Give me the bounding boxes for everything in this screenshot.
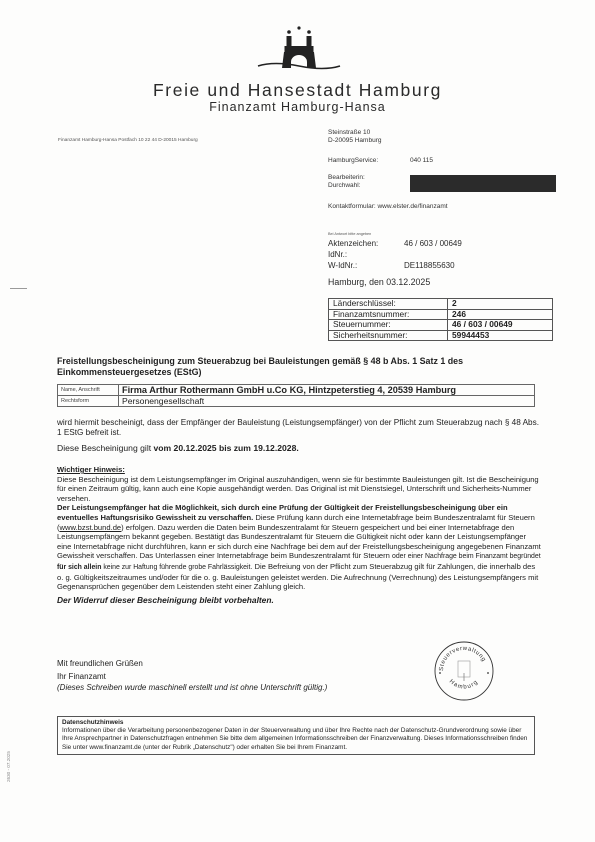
legal-form-label: Rechtsform bbox=[58, 396, 119, 407]
svg-text:Steuerverwaltung: Steuerverwaltung bbox=[439, 646, 487, 671]
table-row: Steuernummer: 46 / 603 / 00649 bbox=[329, 320, 553, 331]
id-label: Finanzamtsnummer: bbox=[329, 309, 448, 320]
notice-text: oder einer Nachfrage beim Finanzamt begr… bbox=[392, 553, 541, 560]
legal-form-value: Personengesellschaft bbox=[119, 396, 535, 407]
form-code: 2630 - 07.2025 bbox=[6, 722, 11, 782]
reference-note: Bei Antwort bitte angeben bbox=[328, 232, 371, 236]
tax-id-table: Länderschlüssel: 2 Finanzamtsnummer: 246… bbox=[328, 298, 553, 341]
notice-emphasis: für sich allein bbox=[57, 564, 101, 571]
privacy-notice: Datenschutzhinweis Informationen über di… bbox=[57, 716, 535, 755]
reference-label: W-IdNr.: bbox=[328, 261, 357, 270]
authority-title: Freie und Hansestadt Hamburg bbox=[0, 80, 595, 101]
office-subtitle: Finanzamt Hamburg-Hansa bbox=[0, 100, 595, 114]
office-street: Steinstraße 10 bbox=[328, 129, 381, 137]
notice-title: Wichtiger Hinweis: bbox=[57, 465, 542, 475]
bzst-link[interactable]: www.bzst.bund.de bbox=[60, 523, 122, 532]
document-heading: Freistellungsbescheinigung zum Steuerabz… bbox=[57, 356, 547, 378]
durchwahl-label: Durchwahl: bbox=[328, 182, 365, 190]
reference-value: DE118855630 bbox=[404, 260, 455, 271]
id-value: 46 / 603 / 00649 bbox=[448, 320, 553, 331]
certification-text: wird hiermit bescheinigt, dass der Empfä… bbox=[57, 418, 542, 438]
id-label: Steuernummer: bbox=[329, 320, 448, 331]
id-value: 2 bbox=[448, 299, 553, 310]
stamp-top-text: Steuerverwaltung bbox=[439, 646, 487, 671]
service-label: HamburgService: bbox=[328, 157, 378, 164]
table-row: Länderschlüssel: 2 bbox=[329, 299, 553, 310]
redacted-contact-block bbox=[410, 175, 556, 192]
hamburg-castle-logo-icon bbox=[254, 24, 344, 76]
id-label: Länderschlüssel: bbox=[329, 299, 448, 310]
reference-row: Aktenzeichen: 46 / 603 / 00649 bbox=[328, 238, 378, 249]
official-seal-stamp-icon: Steuerverwaltung Hamburg bbox=[433, 640, 495, 702]
bearbeiterin-label: Bearbeiterin: bbox=[328, 174, 365, 182]
table-row: Name, Anschrift Firma Arthur Rothermann … bbox=[58, 385, 535, 396]
notice-paragraph-1: Diese Bescheinigung ist dem Leistungsemp… bbox=[57, 475, 539, 503]
machine-generated-note: (Dieses Schreiben wurde maschinell erste… bbox=[57, 683, 327, 692]
sender-return-address: Finanzamt Hamburg-Hansa Postfach 10 22 4… bbox=[58, 138, 198, 143]
reference-row: W-IdNr.: DE118855630 bbox=[328, 260, 378, 271]
service-value: 040 115 bbox=[410, 157, 433, 164]
office-city: D-20095 Hamburg bbox=[328, 137, 381, 145]
fold-mark bbox=[10, 288, 27, 289]
privacy-text: Informationen über die Verarbeitung pers… bbox=[62, 727, 527, 750]
name-label: Name, Anschrift bbox=[58, 385, 119, 396]
validity-period: vom 20.12.2025 bis zum 19.12.2028. bbox=[154, 443, 299, 453]
notice-text: keine zur Haftung führende grobe Fahrläs… bbox=[101, 564, 252, 571]
closing-greeting: Mit freundlichen Grüßen bbox=[57, 659, 143, 668]
table-row: Sicherheitsnummer: 59944453 bbox=[329, 330, 553, 341]
reference-row: IdNr.: bbox=[328, 249, 378, 260]
table-row: Rechtsform Personengesellschaft bbox=[58, 396, 535, 407]
reference-list: Aktenzeichen: 46 / 603 / 00649 IdNr.: W-… bbox=[328, 238, 378, 271]
name-value: Firma Arthur Rothermann GmbH u.Co KG, Hi… bbox=[119, 385, 535, 396]
reference-label: IdNr.: bbox=[328, 250, 347, 259]
privacy-title: Datenschutzhinweis bbox=[62, 719, 530, 727]
signature: Ihr Finanzamt bbox=[57, 672, 106, 681]
important-notice: Wichtiger Hinweis: Diese Bescheinigung i… bbox=[57, 465, 542, 606]
id-value: 59944453 bbox=[448, 330, 553, 341]
office-address: Steinstraße 10 D-20095 Hamburg bbox=[328, 129, 381, 145]
service-phone: HamburgService: 040 115 bbox=[328, 157, 378, 164]
table-row: Finanzamtsnummer: 246 bbox=[329, 309, 553, 320]
reference-value: 46 / 603 / 00649 bbox=[404, 238, 462, 249]
letter-date: Hamburg, den 03.12.2025 bbox=[328, 277, 430, 287]
validity-prefix: Diese Bescheinigung gilt bbox=[57, 443, 154, 453]
recipient-table: Name, Anschrift Firma Arthur Rothermann … bbox=[57, 384, 535, 407]
reference-label: Aktenzeichen: bbox=[328, 239, 378, 248]
validity-text: Diese Bescheinigung gilt vom 20.12.2025 … bbox=[57, 443, 542, 453]
id-value: 246 bbox=[448, 309, 553, 320]
revocation-note: Der Widerruf dieser Bescheinigung bleibt… bbox=[57, 595, 542, 606]
contact-form-link[interactable]: Kontaktformular: www.elster.de/finanzamt bbox=[328, 203, 448, 210]
contact-person: Bearbeiterin: Durchwahl: bbox=[328, 174, 365, 190]
id-label: Sicherheitsnummer: bbox=[329, 330, 448, 341]
